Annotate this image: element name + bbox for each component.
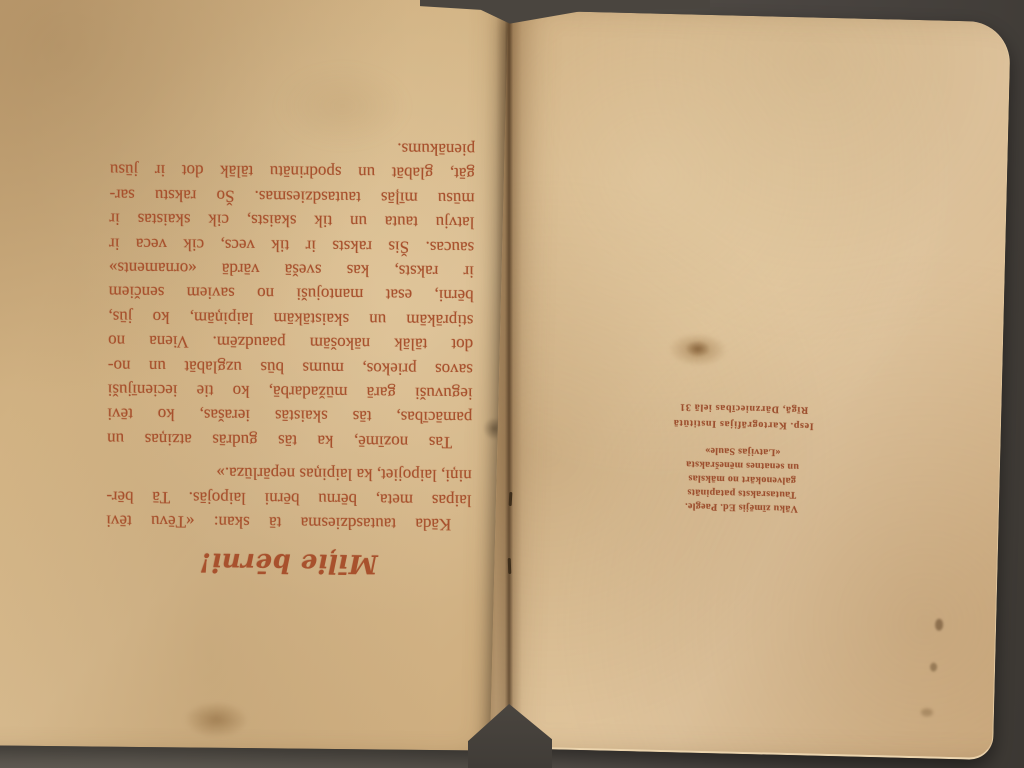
photo-background: Mīļie bērni! Kāda tautasdziesma tā skan:…: [0, 0, 1024, 768]
left-page-text-block: Mīļie bērni! Kāda tautasdziesma tā skan:…: [106, 139, 476, 581]
page-title: Mīļie bērni!: [106, 545, 471, 581]
text-line: laipas meta, bērnu bērni laipojās. Tā bē…: [106, 484, 471, 512]
right-page: Vāku zīmējis Ed. Paegle. Tautasraksts pa…: [490, 10, 1011, 760]
imprint-block: Iesp. Kartogrāfijas Institūtā Rīgā, Dārz…: [635, 397, 853, 434]
text-line: ir raksts, kas svešā vārdā «ornaments»: [109, 255, 474, 283]
text-line: Tas nozīmē, ka tās gudrās atziņas un: [107, 426, 472, 454]
edge-speck: [930, 663, 937, 672]
paper-stain: [667, 332, 728, 367]
text-line: mūsu mīļās tautasdziesmas. Šo rakstu sar…: [110, 182, 475, 210]
text-line: savos priekos, mums būs uzglabāt un no-: [108, 353, 473, 381]
right-page-text-block: Vāku zīmējis Ed. Paegle. Tautasraksts pa…: [633, 385, 853, 516]
text-line: Kāda tautasdziesma tā skan: «Tēvu tēvi: [106, 508, 471, 536]
bottom-edge-stain: [184, 701, 248, 738]
text-line: pamācības, tās skaistās ierašas, ko tēvi: [107, 402, 472, 430]
text-line: saucas. Šis raksts ir tik vecs, cik veca…: [109, 231, 474, 259]
binding-stitch: [508, 558, 512, 574]
text-line: bērni, esat mantojuši no saviem senčiem: [109, 280, 474, 308]
text-line: latvju tauta un tik skaists, cik skaista…: [109, 206, 474, 234]
text-line: dot tālāk nākošām paaudzēm. Viena no: [108, 328, 473, 356]
paragraph-body: Tas nozīmē, ka tās gudrās atziņas un pam…: [107, 133, 475, 454]
left-page: Mīļie bērni! Kāda tautasdziesma tā skan:…: [0, 0, 514, 751]
edge-speck: [921, 708, 933, 716]
colophon-block: Vāku zīmējis Ed. Paegle. Tautasraksts pa…: [633, 441, 852, 516]
paragraph-quote: Kāda tautasdziesma tā skan: «Tēvu tēvi l…: [106, 459, 472, 536]
edge-speck: [935, 619, 943, 631]
text-line: stiprākām un skaistākām laipiņām, ko jūs…: [108, 304, 473, 332]
text-line: ieguvuši garā mūžadarbā, ko tie iecienīj…: [108, 377, 473, 405]
text-line: pienākums.: [110, 133, 475, 161]
text-line: gāt, glabāt un spodrinātu tālāk dot ir j…: [110, 158, 475, 186]
paper-stain-core: [686, 340, 710, 357]
